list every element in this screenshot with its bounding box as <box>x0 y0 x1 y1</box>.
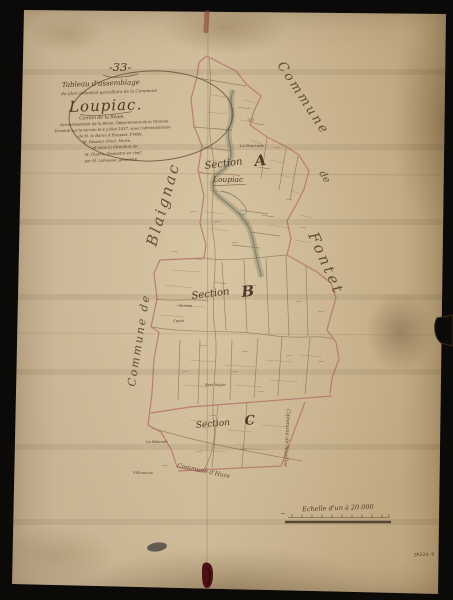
place-label: La Fourcade <box>239 143 265 148</box>
place-label: Capet <box>173 318 185 323</box>
scale-label: Echelle d'un à 20.000 <box>301 503 374 514</box>
scan-background: Tableau d'assemblage du plan cadastral p… <box>0 0 453 600</box>
cartouche: Tableau d'assemblage du plan cadastral p… <box>52 68 234 164</box>
section-b-letter: B <box>240 282 255 301</box>
section-a-letter: A <box>252 151 267 170</box>
place-label: La Balande <box>145 439 168 444</box>
neighbour-east-word1-label: Commune <box>274 59 333 138</box>
ink-blot <box>146 541 167 553</box>
cartouche-title: Loupiac. <box>68 95 143 116</box>
section-c-letter: C <box>244 413 256 429</box>
pencil-note: 3P224. 9 <box>414 552 435 559</box>
place-label: Fermis <box>178 303 192 308</box>
cartouche-line7: par M. Lahousse, géomètre. <box>84 156 138 163</box>
paper-tear <box>435 315 453 346</box>
neighbour-west-prefix-label: Commune de <box>125 293 152 388</box>
section-a-label: Section <box>204 156 243 172</box>
map-drawing: Tableau d'assemblage du plan cadastral p… <box>0 0 453 600</box>
sheet-number: -33- <box>109 60 132 74</box>
cartouche-line5: et sous la direction de <box>92 143 138 150</box>
neighbour-east-word2-label: de <box>316 169 332 185</box>
place-label: Villeneuve <box>133 470 154 475</box>
cartouche-subheading: du plan cadastral parcellaire de la Comm… <box>61 88 157 96</box>
place-label: Bois-Major <box>204 382 226 387</box>
section-c-label: Section <box>195 418 230 431</box>
neighbour-east-name-label: Fontet <box>304 228 348 298</box>
village-label-group: Loupiac <box>212 175 246 186</box>
scale-group: Echelle d'un à 20.000 <box>281 503 391 522</box>
red-streak <box>203 10 209 33</box>
cartouche-heading: Tableau d'assemblage <box>62 78 140 89</box>
village-label: Loupiac <box>212 175 244 184</box>
